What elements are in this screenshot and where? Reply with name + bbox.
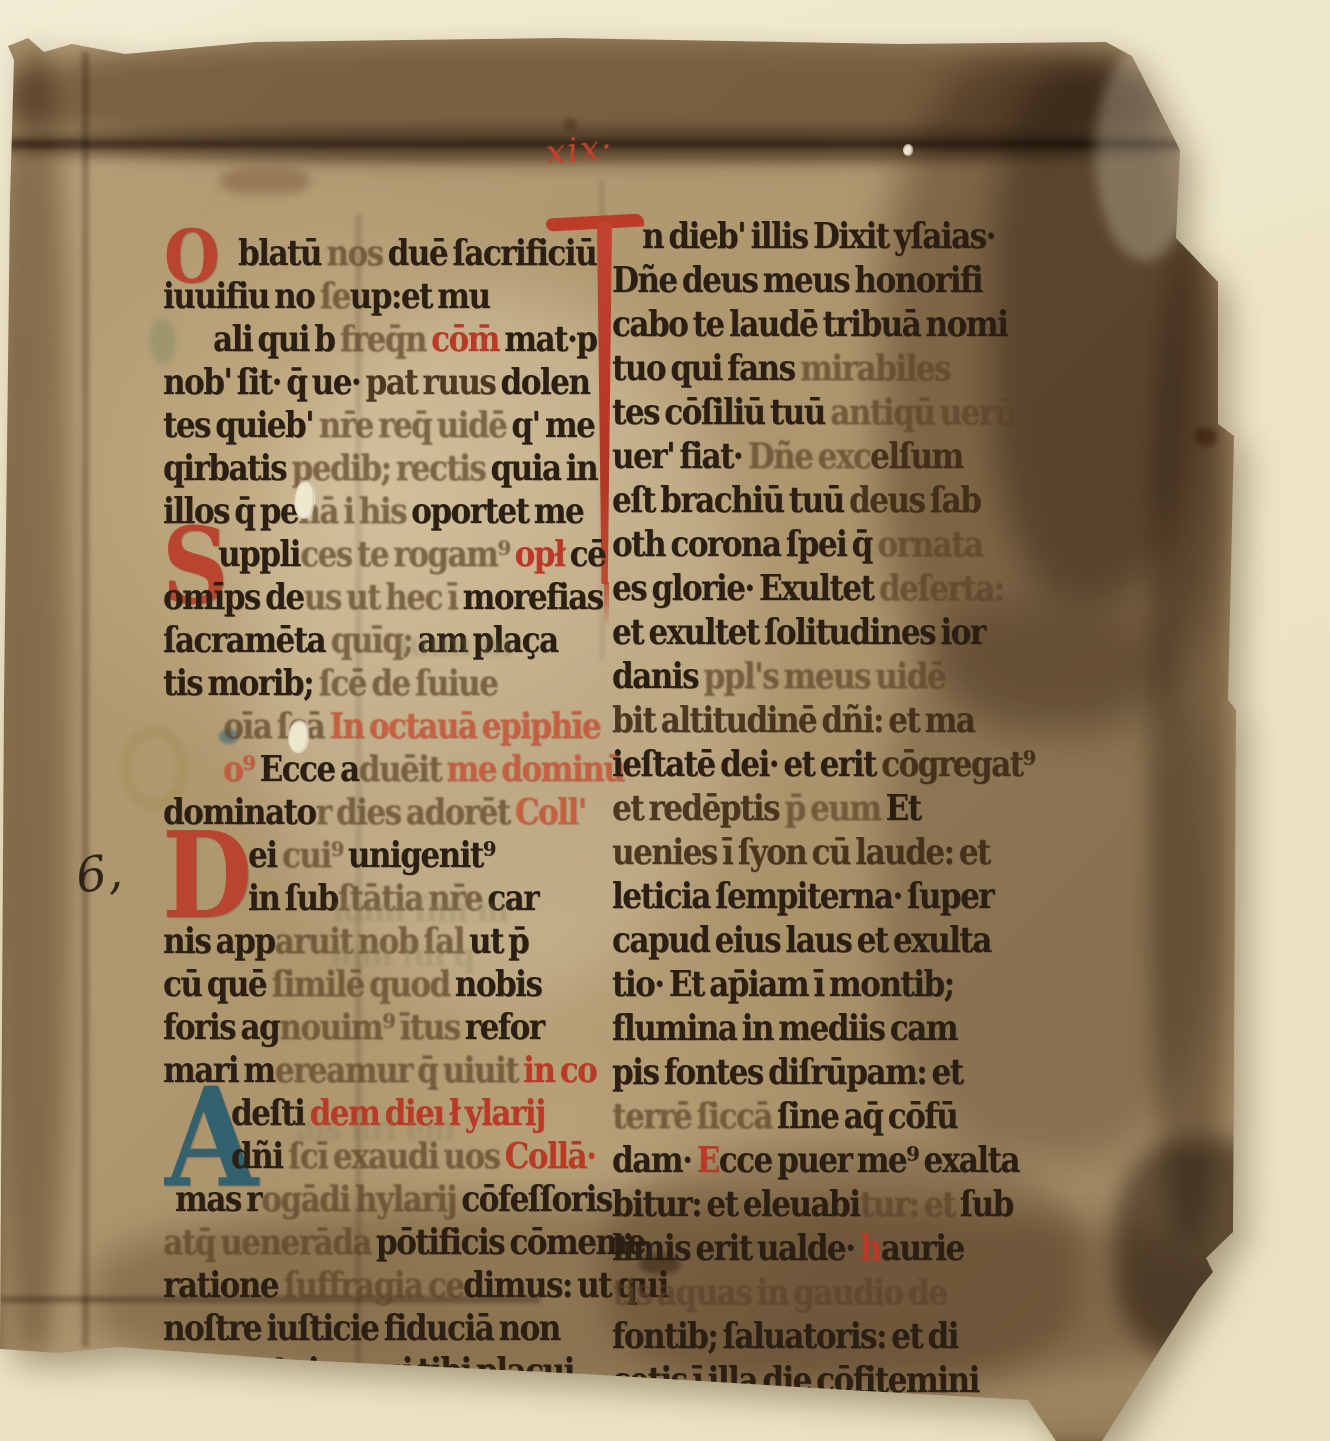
rubric-segment: in co bbox=[523, 1050, 596, 1091]
text-segment: es glorie· Exultet bbox=[612, 568, 879, 609]
showthrough-text: ıuım nı bbox=[398, 626, 511, 665]
text-segment: us ut hec ī bbox=[304, 577, 463, 618]
text-segment: cce puer me⁹ exalta bbox=[719, 1140, 1019, 1181]
text-segment: aurie bbox=[881, 1228, 964, 1269]
text-line: omīps deus ut hec ī morefias bbox=[163, 577, 603, 618]
rubric-segment: E bbox=[697, 1140, 719, 1181]
text-segment: deus ſab bbox=[849, 480, 980, 521]
stain-topright-core bbox=[990, 60, 1190, 600]
text-segment: cōfeſſoris bbox=[461, 1179, 612, 1220]
text-segment: tio· Et ap̄iam ī montib; bbox=[612, 964, 954, 1005]
text-segment: cabo te laudē tribuā nomi bbox=[612, 304, 1007, 345]
text-segment: Dñe exc bbox=[747, 436, 870, 477]
text-segment: ornata bbox=[877, 524, 982, 565]
text-line: tuo qui fans mirabiles bbox=[612, 348, 950, 389]
text-segment: iuuifiu bbox=[163, 276, 269, 317]
text-segment: ſcē de ſuiue bbox=[318, 663, 497, 704]
text-segment: noſtre iuſticie fiduciā non bbox=[163, 1308, 560, 1349]
margin-pen-mark: 6, bbox=[72, 843, 125, 905]
text-segment: duē ſacrificiū bbox=[388, 233, 596, 274]
text-segment: mas r bbox=[175, 1179, 261, 1220]
text-segment: Dixit yſaias· bbox=[813, 216, 995, 257]
text-line: uenies ī ſyon cū laude: et bbox=[612, 832, 990, 873]
text-segment: eſt brachiū tuū bbox=[612, 480, 849, 521]
text-segment: ces te rogam⁹ bbox=[300, 534, 509, 575]
text-segment: p̄ eum bbox=[784, 788, 885, 829]
text-line: atq̄ uenerāda pōtificis cōmeme bbox=[163, 1222, 645, 1263]
text-line: foris agnouim⁹ ītus refor bbox=[163, 1007, 544, 1048]
text-segment: mirabiles bbox=[800, 348, 950, 389]
rubric-segment: In octauā epiphīe bbox=[329, 706, 600, 747]
text-line: et redēptis p̄ eum Et bbox=[612, 788, 921, 829]
text-segment: dñi bbox=[231, 1136, 288, 1177]
text-segment: habem⁹ eius qui tibi placui bbox=[163, 1351, 574, 1392]
rubric-segment: cōm̄ bbox=[431, 319, 499, 360]
text-line: noſtre iuſticie fiduciā non bbox=[163, 1308, 560, 1349]
text-segment: pōtificis cōmeme bbox=[376, 1222, 645, 1263]
text-line: es glorie· Exultet deſerta: bbox=[612, 568, 1003, 609]
text-line: tis aquas in gaudio de bbox=[612, 1272, 946, 1313]
text-segment: antiqū uerū bbox=[830, 392, 1014, 433]
rust-spot-3 bbox=[1002, 26, 1018, 38]
text-segment: freq̄n bbox=[334, 319, 431, 360]
text-segment: nouim⁹ ītus bbox=[279, 1007, 465, 1048]
text-line: ali qui b freq̄n cōm̄ mat·p bbox=[213, 319, 596, 360]
text-segment: iuocate bbox=[714, 1404, 837, 1441]
text-line: qirbatis pedib; rectis quia in bbox=[163, 448, 597, 489]
text-segment: nos bbox=[321, 233, 388, 274]
text-line: habem⁹ eius qui tibi placui bbox=[163, 1351, 574, 1392]
initial-i-tail bbox=[604, 582, 609, 628]
text-line: uer' fiat· Dñe excelſum bbox=[612, 436, 963, 477]
stain-bottomright-blotch bbox=[1115, 1140, 1290, 1360]
text-line: danis ppl's meus uidē bbox=[612, 656, 945, 697]
text-segment: cui⁹ bbox=[282, 835, 348, 876]
text-segment: ſe bbox=[320, 276, 350, 317]
text-segment: morefias bbox=[463, 577, 603, 618]
text-segment: nr̄e req̄ uidē bbox=[318, 405, 506, 446]
rubric-segment: Coll' bbox=[515, 792, 586, 833]
text-segment: elſum bbox=[870, 436, 963, 477]
text-segment: uenies ī ſyon cū laude: et bbox=[612, 832, 990, 873]
text-segment: q' me bbox=[506, 405, 594, 446]
text-segment: dolen bbox=[501, 362, 590, 403]
text-line: o⁹ Ecce aduēit me dominū bbox=[223, 749, 624, 790]
rubric-segment: Collā· bbox=[505, 1136, 596, 1177]
text-segment: cetis ī illa die cōfitemini bbox=[612, 1360, 979, 1401]
text-segment: limis erit ualde· bbox=[612, 1228, 860, 1269]
text-line: dño et iuocate nomē ei⁹ bbox=[612, 1404, 972, 1441]
rust-spot-4 bbox=[563, 118, 577, 130]
text-segment: ppl's meus uidē bbox=[703, 656, 944, 697]
text-segment: nerāda bbox=[259, 1222, 376, 1263]
text-line: Dñe deus meus honorifi bbox=[612, 260, 982, 301]
text-line: mas rogādi hylarij cōfeſſoris bbox=[175, 1179, 612, 1220]
manuscript-leaf: xix· 6, blatū nos duē ſacrificiūOiuuifiu… bbox=[0, 0, 1330, 1441]
text-segment: pedib; rectis bbox=[291, 448, 490, 489]
text-segment: et redēptis bbox=[612, 788, 784, 829]
text-line: iuuifiu no ſeup:et mu bbox=[163, 276, 490, 317]
text-segment: tur: et bbox=[860, 1184, 960, 1225]
text-line: pis fontes diſrūpam: et bbox=[612, 1052, 963, 1093]
text-segment: unigenit⁹ bbox=[348, 835, 495, 876]
text-line: capud eius laus et exulta bbox=[612, 920, 991, 961]
stain-left-band bbox=[0, 44, 70, 1354]
text-segment: ogādi hylarij bbox=[261, 1179, 461, 1220]
text-segment: ſub bbox=[960, 1184, 1013, 1225]
text-line: n dieb' illis Dixit yſaias· bbox=[642, 216, 995, 257]
manuscript-leaf-wrap: xix· 6, blatū nos duē ſacrificiūOiuuifiu… bbox=[0, 0, 1330, 1441]
text-segment: ei bbox=[248, 835, 282, 876]
text-segment: capud eius laus et exulta bbox=[612, 920, 991, 961]
text-segment: nomē ei⁹ bbox=[837, 1404, 973, 1441]
initial-i-stem bbox=[597, 222, 612, 584]
text-line: nob' ſit· q̄ ue· pat ruus dolen bbox=[163, 362, 589, 403]
text-segment: oth corona ſpei q̄ bbox=[612, 524, 877, 565]
parchment-hole-2 bbox=[288, 720, 308, 752]
text-segment: flumina in mediis cam bbox=[612, 1008, 957, 1049]
rust-spot-2 bbox=[752, 24, 770, 38]
text-line: terrē ſiccā ſine aq̄ cōfū bbox=[612, 1096, 957, 1137]
showthrough-text: ıuını ſmī nr bbox=[332, 891, 512, 930]
text-segment: uer' fiat· bbox=[612, 436, 747, 477]
text-segment: deſerta: bbox=[879, 568, 1004, 609]
text-segment: up:et mu bbox=[350, 276, 490, 317]
text-segment: tes cōſiliū tuū bbox=[612, 392, 830, 433]
text-line: fontib; ſaluatoris: et di bbox=[612, 1316, 958, 1357]
text-segment: dam· bbox=[612, 1140, 697, 1181]
text-segment: Et bbox=[886, 788, 921, 829]
text-segment: leticia ſempiterna· ſuper bbox=[612, 876, 993, 917]
green-smudge bbox=[150, 318, 176, 364]
text-segment: atq̄ ue bbox=[163, 1222, 259, 1263]
text-segment: quia in bbox=[490, 448, 597, 489]
text-segment: oīa ſcā bbox=[223, 706, 329, 747]
initial-i-serif bbox=[546, 213, 645, 231]
text-segment: danis bbox=[612, 656, 703, 697]
text-segment: bit altitudinē dñi: et ma bbox=[612, 700, 974, 741]
decorated-initial-d: D bbox=[162, 828, 251, 923]
rubric-segment: opł bbox=[509, 534, 564, 575]
text-segment: ſine aq̄ cōfū bbox=[777, 1096, 957, 1137]
text-line: cetis ī illa die cōfitemini bbox=[612, 1360, 979, 1401]
text-segment: blatū bbox=[238, 233, 321, 274]
text-line: ratione ſuffragia cedimus: ut qui bbox=[163, 1265, 668, 1306]
rust-streak-topleft bbox=[220, 168, 310, 194]
text-segment: ſuffragia ce bbox=[283, 1265, 463, 1306]
rust-spot-1 bbox=[1195, 428, 1217, 446]
text-segment: dño et bbox=[612, 1404, 714, 1441]
photo-backdrop: xix· 6, blatū nos duē ſacrificiūOiuuifiu… bbox=[0, 0, 1330, 1441]
text-segment: tis morib; bbox=[163, 663, 318, 704]
text-line: tes quieb' nr̄e req̄ uidē q' me bbox=[163, 405, 594, 446]
text-segment: qirbatis bbox=[163, 448, 291, 489]
crease-vertical-left bbox=[82, 52, 89, 1347]
text-segment: ali qui b bbox=[213, 319, 334, 360]
text-segment: no bbox=[269, 276, 320, 317]
text-segment: pis fontes diſrūpam: et bbox=[612, 1052, 963, 1093]
text-segment: mat·p bbox=[499, 319, 596, 360]
text-segment: tis aquas in gaudio de bbox=[612, 1272, 946, 1313]
text-line: leticia ſempiterna· ſuper bbox=[612, 876, 993, 917]
rubric-segment: o⁹ bbox=[223, 749, 260, 790]
text-line: dam· Ecce puer me⁹ exalta bbox=[612, 1140, 1019, 1181]
text-line: oīa ſcā In octauā epiphīe bbox=[223, 706, 600, 747]
text-segment: in ſub bbox=[248, 878, 338, 919]
text-segment: tes quieb' bbox=[163, 405, 318, 446]
rubric-segment: h bbox=[860, 1228, 881, 1269]
text-segment: fontib; ſaluatoris: et di bbox=[612, 1316, 958, 1357]
text-line: limis erit ualde· haurie bbox=[612, 1228, 964, 1269]
parchment-hole-3 bbox=[903, 144, 912, 155]
text-segment: nis app bbox=[163, 921, 275, 962]
text-line: bitur: et eleuabitur: et ſub bbox=[612, 1184, 1013, 1225]
text-segment: bitur: et eleuabi bbox=[612, 1184, 860, 1225]
text-line: tio· Et ap̄iam ī montib; bbox=[612, 964, 954, 1005]
text-segment: ieſtatē dei· et erit bbox=[612, 744, 881, 785]
text-segment: tuo qui fans bbox=[612, 348, 800, 389]
text-segment: duēit bbox=[359, 749, 447, 790]
text-line: tes cōſiliū tuū antiqū uerū bbox=[612, 392, 1014, 433]
text-line: bit altitudinē dñi: et ma bbox=[612, 700, 974, 741]
text-segment: Dñe deus meus honorifi bbox=[612, 260, 982, 301]
text-segment: terrē ſiccā bbox=[612, 1096, 777, 1137]
text-segment: omīps de bbox=[163, 577, 304, 618]
text-segment: et exultet ſolitudines ior bbox=[612, 612, 985, 653]
text-segment: uppli bbox=[218, 534, 300, 575]
folio-number: xix· bbox=[544, 127, 616, 174]
text-line: ieſtatē dei· et erit cōgregat⁹ bbox=[612, 744, 1035, 785]
showthrough-text: aīs nrī em bbox=[296, 1110, 454, 1149]
stain-right-band bbox=[1150, 240, 1230, 1240]
text-segment: cē bbox=[564, 534, 605, 575]
text-segment: ereamur q̄ uiuit bbox=[275, 1050, 524, 1091]
text-line: cabo te laudē tribuā nomi bbox=[612, 304, 1007, 345]
text-line: ei cui⁹ unigenit⁹D bbox=[248, 835, 495, 876]
text-line: oth corona ſpei q̄ ornata bbox=[612, 524, 982, 565]
text-segment: cōgregat⁹ bbox=[881, 744, 1034, 785]
text-segment: n dieb' illis bbox=[642, 216, 813, 257]
text-line: blatū nos duē ſacrificiūO bbox=[238, 233, 596, 274]
text-line: eſt brachiū tuū deus ſab bbox=[612, 480, 980, 521]
text-segment: Ecce a bbox=[260, 749, 359, 790]
text-segment: nā i his bbox=[298, 491, 411, 532]
text-segment: pat ruus bbox=[366, 362, 501, 403]
showthrough-text: nım ſuī q bbox=[330, 936, 474, 975]
text-line: tis morib; ſcē de ſuiue bbox=[163, 663, 497, 704]
text-line: et exultet ſolitudines ior bbox=[612, 612, 985, 653]
text-line: flumina in mediis cam bbox=[612, 1008, 957, 1049]
text-segment: refor bbox=[465, 1007, 544, 1048]
text-segment: nob' ſit· q̄ ue· bbox=[163, 362, 366, 403]
text-segment: oportet me bbox=[411, 491, 583, 532]
text-line: upplices te rogam⁹ opł cēS bbox=[218, 534, 605, 575]
text-segment: foris ag bbox=[163, 1007, 279, 1048]
text-segment: cū quē bbox=[163, 964, 271, 1005]
fold-highlight-topright bbox=[1095, 46, 1195, 261]
rubric-segment: me dominū bbox=[446, 749, 624, 790]
text-segment: ratione bbox=[163, 1265, 283, 1306]
text-segment: ſacramēta bbox=[163, 620, 330, 661]
text-segment: r dies adorēt bbox=[316, 792, 515, 833]
